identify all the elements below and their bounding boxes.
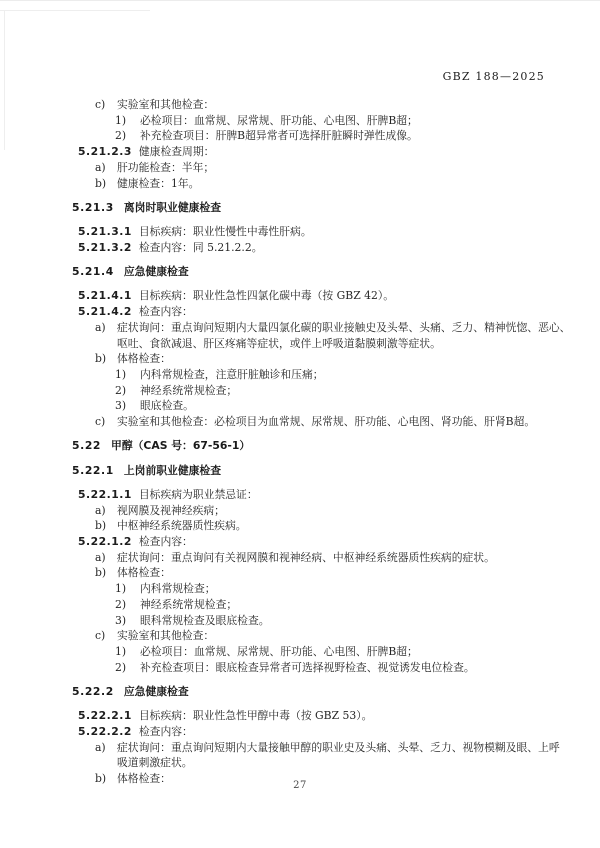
item-number-label: 3) bbox=[115, 398, 140, 414]
item-text: 健康检查：1年。 bbox=[117, 176, 199, 192]
page-number: 27 bbox=[0, 780, 600, 791]
item-text: 神经系统常规检查； bbox=[140, 383, 237, 399]
scan-edge-topleft-v bbox=[4, 10, 5, 150]
continuation-line: 吸道刺激症状。 bbox=[72, 755, 552, 771]
item-number-label: 1) bbox=[115, 367, 140, 383]
item-text: 内科常规检查，注意肝脏触诊和压痛； bbox=[140, 367, 324, 383]
scan-edge-top bbox=[0, 0, 600, 1]
clause-line: 5.22.2.2检查内容： bbox=[72, 724, 552, 740]
lettered-item: b)体格检查： bbox=[72, 565, 552, 581]
item-number-label: 1) bbox=[115, 581, 140, 597]
clause-number: 5.21.3.2 bbox=[78, 240, 132, 256]
clause-number: 5.22.1.2 bbox=[78, 534, 132, 550]
clause-line: 5.21.4.2检查内容： bbox=[72, 304, 552, 320]
section-title: 甲醇（CAS 号：67-56-1） bbox=[111, 438, 250, 454]
clause-text: 目标疾病为职业禁忌证： bbox=[139, 487, 258, 503]
clause-number: 5.22.2.2 bbox=[78, 724, 132, 740]
item-text: 视网膜及视神经疾病； bbox=[117, 503, 225, 519]
item-number-label: 3) bbox=[115, 613, 140, 629]
lettered-item: b)健康检查：1年。 bbox=[72, 176, 552, 192]
clause-text: 目标疾病：职业性急性四氯化碳中毒（按 GBZ 42）。 bbox=[139, 288, 394, 304]
section-heading: 5.22.1上岗前职业健康检查 bbox=[72, 463, 552, 479]
item-label: a) bbox=[95, 160, 117, 176]
item-text: 实验室和其他检查： bbox=[117, 628, 214, 644]
item-text: 症状询问：重点询问短期内大量接触甲醇的职业史及头痛、头晕、乏力、视物模糊及眼、上… bbox=[117, 740, 560, 756]
clause-line: 5.21.3.2检查内容：同 5.21.2.2。 bbox=[72, 240, 552, 256]
clause-line: 5.22.2.1目标疾病：职业性急性甲醇中毒（按 GBZ 53）。 bbox=[72, 708, 552, 724]
lettered-item: c)实验室和其他检查： bbox=[72, 97, 552, 113]
section-number: 5.22.2 bbox=[72, 684, 114, 700]
item-text: 实验室和其他检查：必检项目为血常规、尿常规、肝功能、心电图、肾功能、肝肾B超。 bbox=[117, 414, 535, 430]
item-text: 补充检查项目：眼底检查异常者可选择视野检查、视觉诱发电位检查。 bbox=[140, 660, 475, 676]
lettered-item: c)实验室和其他检查：必检项目为血常规、尿常规、肝功能、心电图、肾功能、肝肾B超… bbox=[72, 414, 552, 430]
numbered-item: 2)神经系统常规检查； bbox=[72, 597, 552, 613]
lettered-item: b)中枢神经系统器质性疾病。 bbox=[72, 518, 552, 534]
section-number: 5.21.4 bbox=[72, 264, 114, 280]
item-label: c) bbox=[95, 628, 117, 644]
item-text: 补充检查项目：肝脾B超异常者可选择肝脏瞬时弹性成像。 bbox=[140, 128, 418, 144]
item-text: 必检项目：血常规、尿常规、肝功能、心电图、肝脾B超； bbox=[140, 644, 418, 660]
item-label: b) bbox=[95, 518, 117, 534]
item-text: 眼科常规检查及眼底检查。 bbox=[140, 613, 270, 629]
clause-text: 检查内容： bbox=[139, 534, 193, 550]
item-text: 症状询问：重点询问短期内大量四氯化碳的职业接触史及头晕、头痛、乏力、精神恍惚、恶… bbox=[117, 320, 570, 336]
clause-line: 5.22.1.1目标疾病为职业禁忌证： bbox=[72, 487, 552, 503]
item-label: b) bbox=[95, 565, 117, 581]
item-label: a) bbox=[95, 503, 117, 519]
lettered-item: a)视网膜及视神经疾病； bbox=[72, 503, 552, 519]
section-title: 应急健康检查 bbox=[124, 684, 189, 700]
item-number-label: 1) bbox=[115, 644, 140, 660]
continuation-line: 呕吐、食欲减退、肝区疼痛等症状，或伴上呼吸道黏膜刺激等症状。 bbox=[72, 336, 552, 352]
item-label: b) bbox=[95, 351, 117, 367]
clause-line: 5.21.2.3健康检查周期： bbox=[72, 144, 552, 160]
document-page: GBZ 188—2025 c)实验室和其他检查：1)必检项目：血常规、尿常规、肝… bbox=[0, 0, 600, 848]
clause-text: 目标疾病：职业性急性甲醇中毒（按 GBZ 53）。 bbox=[139, 708, 373, 724]
clause-text: 检查内容： bbox=[139, 724, 193, 740]
section-heading: 5.21.4应急健康检查 bbox=[72, 264, 552, 280]
item-label: a) bbox=[95, 320, 117, 336]
section-title: 离岗时职业健康检查 bbox=[124, 200, 221, 216]
clause-number: 5.21.4.1 bbox=[78, 288, 132, 304]
clause-number: 5.22.1.1 bbox=[78, 487, 132, 503]
numbered-item: 3)眼底检查。 bbox=[72, 398, 552, 414]
numbered-item: 2)神经系统常规检查； bbox=[72, 383, 552, 399]
numbered-item: 1)必检项目：血常规、尿常规、肝功能、心电图、肝脾B超； bbox=[72, 113, 552, 129]
section-title: 上岗前职业健康检查 bbox=[124, 463, 221, 479]
item-text: 眼底检查。 bbox=[140, 398, 194, 414]
item-text: 神经系统常规检查； bbox=[140, 597, 237, 613]
clause-number: 5.21.2.3 bbox=[78, 144, 132, 160]
item-text: 体格检查： bbox=[117, 351, 171, 367]
item-text: 肝功能检查：半年； bbox=[117, 160, 214, 176]
lettered-item: a)症状询问：重点询问有关视网膜和视神经病、中枢神经系统器质性疾病的症状。 bbox=[72, 550, 552, 566]
clause-number: 5.21.3.1 bbox=[78, 224, 132, 240]
continuation-text: 吸道刺激症状。 bbox=[117, 755, 193, 771]
clause-text: 健康检查周期： bbox=[139, 144, 215, 160]
item-number-label: 1) bbox=[115, 113, 140, 129]
numbered-item: 1)必检项目：血常规、尿常规、肝功能、心电图、肝脾B超； bbox=[72, 644, 552, 660]
clause-line: 5.21.3.1目标疾病：职业性慢性中毒性肝病。 bbox=[72, 224, 552, 240]
numbered-item: 2)补充检查项目：眼底检查异常者可选择视野检查、视觉诱发电位检查。 bbox=[72, 660, 552, 676]
clause-number: 5.21.4.2 bbox=[78, 304, 132, 320]
clause-text: 目标疾病：职业性慢性中毒性肝病。 bbox=[139, 224, 312, 240]
lettered-item: a)症状询问：重点询问短期内大量四氯化碳的职业接触史及头晕、头痛、乏力、精神恍惚… bbox=[72, 320, 552, 336]
section-number: 5.22 bbox=[72, 438, 101, 454]
numbered-item: 1)内科常规检查，注意肝脏触诊和压痛； bbox=[72, 367, 552, 383]
scan-edge-topleft-h bbox=[0, 10, 150, 11]
item-text: 内科常规检查； bbox=[140, 581, 216, 597]
numbered-item: 3)眼科常规检查及眼底检查。 bbox=[72, 613, 552, 629]
running-header: GBZ 188—2025 bbox=[443, 70, 545, 83]
section-number: 5.22.1 bbox=[72, 463, 114, 479]
item-number-label: 2) bbox=[115, 597, 140, 613]
lettered-item: a)肝功能检查：半年； bbox=[72, 160, 552, 176]
item-number-label: 2) bbox=[115, 128, 140, 144]
item-label: c) bbox=[95, 97, 117, 113]
item-label: a) bbox=[95, 550, 117, 566]
section-title: 应急健康检查 bbox=[124, 264, 189, 280]
item-label: c) bbox=[95, 414, 117, 430]
clause-line: 5.22.1.2检查内容： bbox=[72, 534, 552, 550]
clause-text: 检查内容： bbox=[139, 304, 193, 320]
clause-line: 5.21.4.1目标疾病：职业性急性四氯化碳中毒（按 GBZ 42）。 bbox=[72, 288, 552, 304]
numbered-item: 1)内科常规检查； bbox=[72, 581, 552, 597]
item-text: 症状询问：重点询问有关视网膜和视神经病、中枢神经系统器质性疾病的症状。 bbox=[117, 550, 495, 566]
lettered-item: c)实验室和其他检查： bbox=[72, 628, 552, 644]
item-text: 中枢神经系统器质性疾病。 bbox=[117, 518, 247, 534]
section-heading: 5.21.3离岗时职业健康检查 bbox=[72, 200, 552, 216]
section-number: 5.21.3 bbox=[72, 200, 114, 216]
numbered-item: 2)补充检查项目：肝脾B超异常者可选择肝脏瞬时弹性成像。 bbox=[72, 128, 552, 144]
lettered-item: a)症状询问：重点询问短期内大量接触甲醇的职业史及头痛、头晕、乏力、视物模糊及眼… bbox=[72, 740, 552, 756]
item-text: 实验室和其他检查： bbox=[117, 97, 214, 113]
item-number-label: 2) bbox=[115, 660, 140, 676]
clause-text: 检查内容：同 5.21.2.2。 bbox=[139, 240, 263, 256]
item-text: 体格检查： bbox=[117, 565, 171, 581]
lettered-item: b)体格检查： bbox=[72, 351, 552, 367]
section-heading: 5.22.2应急健康检查 bbox=[72, 684, 552, 700]
document-content: c)实验室和其他检查：1)必检项目：血常规、尿常规、肝功能、心电图、肝脾B超；2… bbox=[72, 97, 552, 787]
section-heading: 5.22甲醇（CAS 号：67-56-1） bbox=[72, 438, 552, 454]
item-text: 必检项目：血常规、尿常规、肝功能、心电图、肝脾B超； bbox=[140, 113, 418, 129]
item-label: a) bbox=[95, 740, 117, 756]
item-number-label: 2) bbox=[115, 383, 140, 399]
clause-number: 5.22.2.1 bbox=[78, 708, 132, 724]
continuation-text: 呕吐、食欲减退、肝区疼痛等症状，或伴上呼吸道黏膜刺激等症状。 bbox=[117, 336, 441, 352]
item-label: b) bbox=[95, 176, 117, 192]
